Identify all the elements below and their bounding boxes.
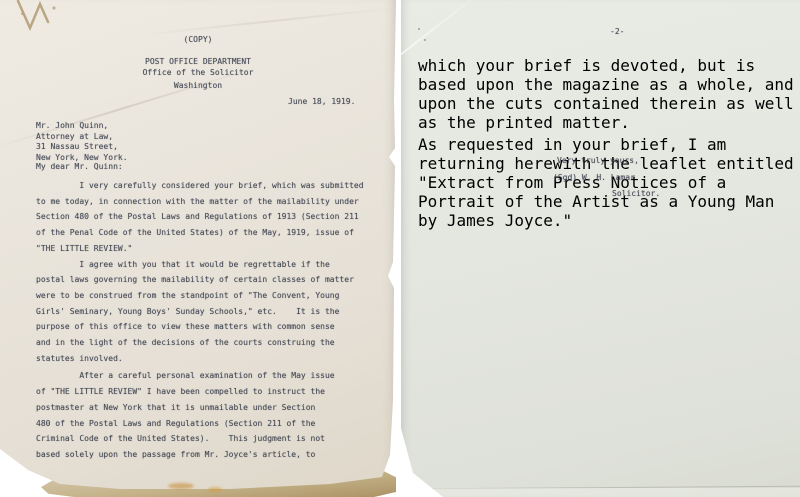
paper-crease bbox=[140, 7, 399, 36]
letterhead-department: POST OFFICE DEPARTMENT Office of the Sol… bbox=[0, 57, 396, 78]
paper-speck bbox=[424, 39, 426, 41]
signer-title: Solicitor. bbox=[612, 186, 660, 202]
stain-dot bbox=[168, 483, 194, 489]
letter-page-2: -2- which your brief is devoted, but is … bbox=[401, 0, 800, 497]
copy-label: (COPY) bbox=[0, 35, 396, 46]
paper-speck bbox=[418, 28, 420, 30]
document-scan: (COPY) POST OFFICE DEPARTMENT Office of … bbox=[0, 0, 800, 497]
letter-body: I very carefully considered your brief, … bbox=[36, 178, 364, 463]
salutation: My dear Mr. Quinn: bbox=[36, 162, 123, 173]
recipient-address: Mr. John Quinn, Attorney at Law, 31 Nass… bbox=[36, 121, 128, 163]
body-paragraph-3: After a careful personal examination of … bbox=[36, 368, 364, 462]
body-paragraph-2: I agree with you that it would be regret… bbox=[36, 257, 364, 367]
body-paragraph-1: I very carefully considered your brief, … bbox=[36, 178, 364, 257]
letter-body-continued: which your brief is devoted, but is base… bbox=[418, 56, 800, 230]
body-paragraph-4: which your brief is devoted, but is base… bbox=[418, 56, 800, 132]
paper-fold-line bbox=[395, 0, 487, 59]
page-bottom-lip bbox=[421, 488, 800, 497]
page-number: -2- bbox=[610, 27, 624, 38]
stain-dot bbox=[208, 487, 222, 492]
date-line: June 18, 1919. bbox=[288, 97, 355, 108]
closing-line: Very truly yours, bbox=[557, 153, 639, 169]
letterhead-place: Washington bbox=[0, 81, 396, 92]
signature-line: (Sgd) W. H. Lamar bbox=[553, 170, 635, 186]
letter-page-1: (COPY) POST OFFICE DEPARTMENT Office of … bbox=[0, 0, 396, 497]
ink-stain-mark bbox=[10, 0, 65, 32]
